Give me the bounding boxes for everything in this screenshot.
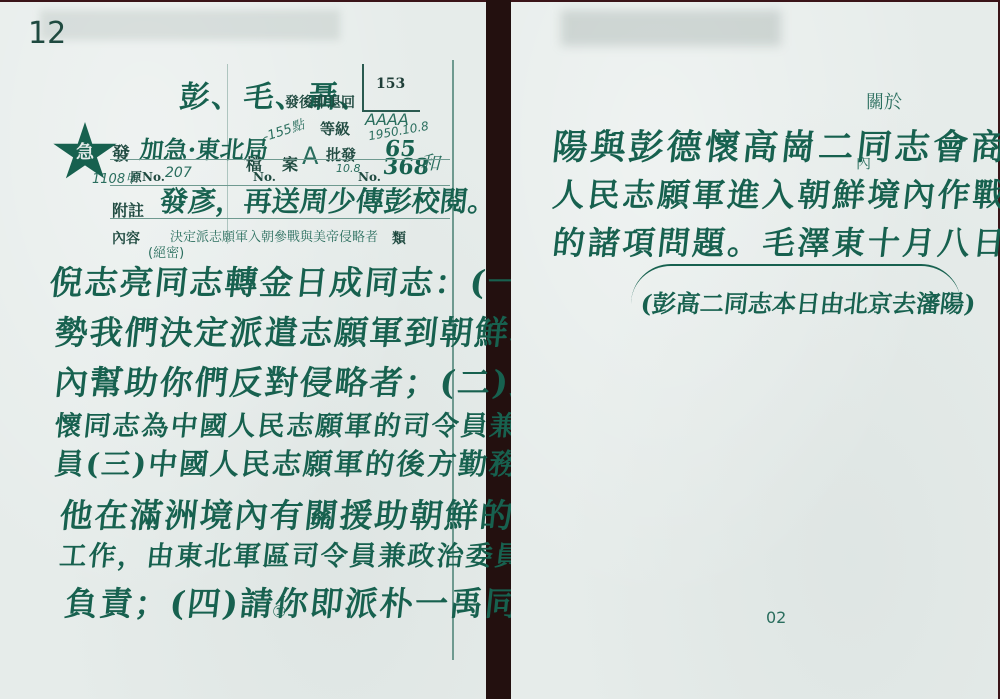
serial-number: 153: [376, 76, 405, 92]
form-rule: [110, 159, 450, 160]
body-line: 內幫助你們反對侵略者；(二)彭德: [53, 357, 583, 404]
approve-time: 10.8: [336, 162, 361, 175]
content-value: 決定派志願軍入朝參戰與美帝侵略者: [170, 226, 378, 245]
body-line: 他在滿洲境內有關援助朝鮮的: [58, 490, 518, 537]
form-rule: [110, 218, 450, 219]
note-value: 發彥，再送周少傳彭校閱。: [158, 180, 498, 220]
serial-box: 153: [362, 64, 420, 112]
urgent-mark: 急: [76, 138, 94, 164]
content-suffix: 類: [392, 228, 406, 248]
body-line: 人民志願軍進入朝鮮境內作戰有關: [551, 170, 1000, 216]
approve-suffix: 和: [420, 147, 440, 176]
left-page: 12 彭、毛、聶、 發後即退回 153 急 發 加急·東北局 -155點 等級 …: [0, 2, 486, 699]
body-line: 陽與彭德懷高崗二同志會商中國: [550, 120, 1000, 170]
archive-label-2: 案: [282, 152, 298, 175]
return-stamp: 發後即退回: [285, 92, 355, 112]
right-page: 關於 陽與彭德懷高崗二同志會商中國 內 人民志願軍進入朝鮮境內作戰有關 的諸項問…: [511, 2, 998, 699]
parenthetical-note: (彭高二同志本日由北京去瀋陽): [639, 284, 977, 319]
send-note: -155點: [260, 114, 306, 145]
footer-mark: ①: [272, 602, 286, 621]
page-number: 02: [766, 608, 786, 627]
grade-label: 等級: [320, 118, 350, 139]
body-line: 的諸項問題。毛澤東十月八日: [551, 218, 1000, 264]
ref-no: 207: [165, 165, 192, 181]
scan-smudge: [40, 10, 340, 40]
content-label: 內容: [112, 228, 140, 248]
corner-mark: 12: [28, 16, 66, 51]
body-line: 勢我們決定派遣志願軍到朝鮮境: [53, 307, 548, 354]
scan-smudge: [561, 10, 781, 46]
ref-label: 原No.: [130, 168, 165, 185]
archive-mark: A: [302, 142, 318, 170]
send-label: 發: [112, 140, 130, 166]
insert-above: 關於: [866, 88, 902, 114]
